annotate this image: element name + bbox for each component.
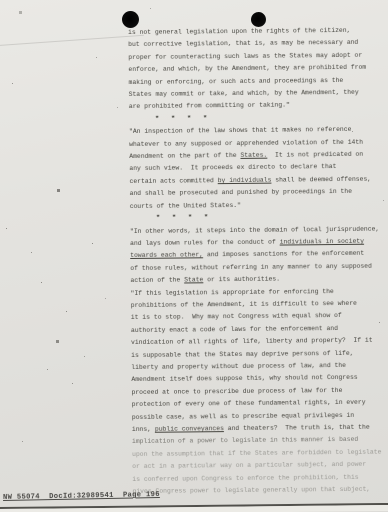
text-segment: and imposes sanctions for the enforcemen… <box>203 250 364 259</box>
text-segment: any such view. It proceeds ex directo to… <box>129 163 336 172</box>
text-line: gives Congress power to legislate genera… <box>132 484 381 499</box>
text-segment: "If this legislation is appropriate for … <box>131 288 334 297</box>
text-segment: inns, <box>132 426 155 433</box>
text-segment: certain acts committed <box>129 177 217 185</box>
text-segment: or its authorities. <box>203 276 280 284</box>
paper-specks <box>0 0 1 1</box>
text-segment: making or enforcing, or such acts and pr… <box>128 77 343 86</box>
document-text: is not general legislation upon the righ… <box>128 25 382 499</box>
text-segment: and lays down rules for the conduct of <box>130 238 280 246</box>
text-segment: is not general legislation upon the righ… <box>128 27 350 36</box>
text-segment: "An inspection of the law shows that it … <box>129 126 351 135</box>
text-segment: is conferred upon Congress to enforce th… <box>132 473 358 482</box>
text-segment: protection of every one of these fundame… <box>132 399 366 408</box>
text-segment: shall be deemed offenses, <box>271 176 371 184</box>
text-segment: upon the assumption that if the States a… <box>132 448 381 457</box>
text-segment: but corrective legislation, that is, as … <box>128 39 358 48</box>
archive-stamp: NW 55074 DocId:32989541 Page 196 <box>3 491 160 502</box>
text-segment: enforce, and which, by the Amendment, th… <box>128 64 366 73</box>
text-segment: States may commit or take, and which, by… <box>129 89 359 98</box>
text-segment: Amendment on the part of the <box>129 152 240 160</box>
underlined-text: by individuals <box>218 177 272 185</box>
text-segment: authority enact a code of laws for the e… <box>131 325 338 334</box>
text-segment: liberty and property without due process… <box>131 362 346 371</box>
text-segment: implication of a power to legislate in t… <box>132 436 358 445</box>
paper-edge-top <box>0 35 144 46</box>
text-segment: are prohibited from committing or taking… <box>129 102 290 111</box>
text-segment: possible case, as well as to prescribe e… <box>132 411 354 420</box>
text-segment: proper for counteracting such laws as th… <box>128 52 362 61</box>
scanned-document-page: is not general legislation upon the righ… <box>0 0 388 512</box>
text-segment: and shall be prosecuted and punished by … <box>130 188 352 197</box>
text-segment: is supposable that the States may depriv… <box>131 349 353 358</box>
underlined-text: individuals in society <box>280 238 364 246</box>
text-segment: vindication of all rights of life, liber… <box>131 337 373 346</box>
text-segment: proceed at once to prescribe due process… <box>131 387 342 396</box>
hole-punch-icon <box>122 11 139 28</box>
text-segment: and theaters? The truth is, that the <box>224 424 370 432</box>
text-segment: or act in a particular way on a particul… <box>132 461 366 470</box>
underlined-text: public conveyances <box>155 425 224 433</box>
text-segment: whatever to any supposed or apprehended … <box>129 138 363 147</box>
underlined-text: States. <box>240 152 267 159</box>
text-segment: Amendment itself does suppose this, why … <box>131 374 357 383</box>
text-segment: it is to stop. Why may not Congress with… <box>131 312 342 321</box>
text-segment: "In other words, it steps into the domai… <box>130 225 379 234</box>
text-segment: courts of the United States." <box>130 202 241 210</box>
underlined-text: towards each other, <box>130 252 203 260</box>
text-segment: It is not predicated on <box>267 151 363 159</box>
underlined-text: State <box>184 276 203 283</box>
text-segment: of those rules, without referring in any… <box>130 262 372 271</box>
text-segment: gives Congress power to legislate genera… <box>132 486 370 495</box>
text-segment: prohibitions of the Amendment, it is dif… <box>131 300 357 309</box>
text-segment: action of the <box>130 277 184 285</box>
